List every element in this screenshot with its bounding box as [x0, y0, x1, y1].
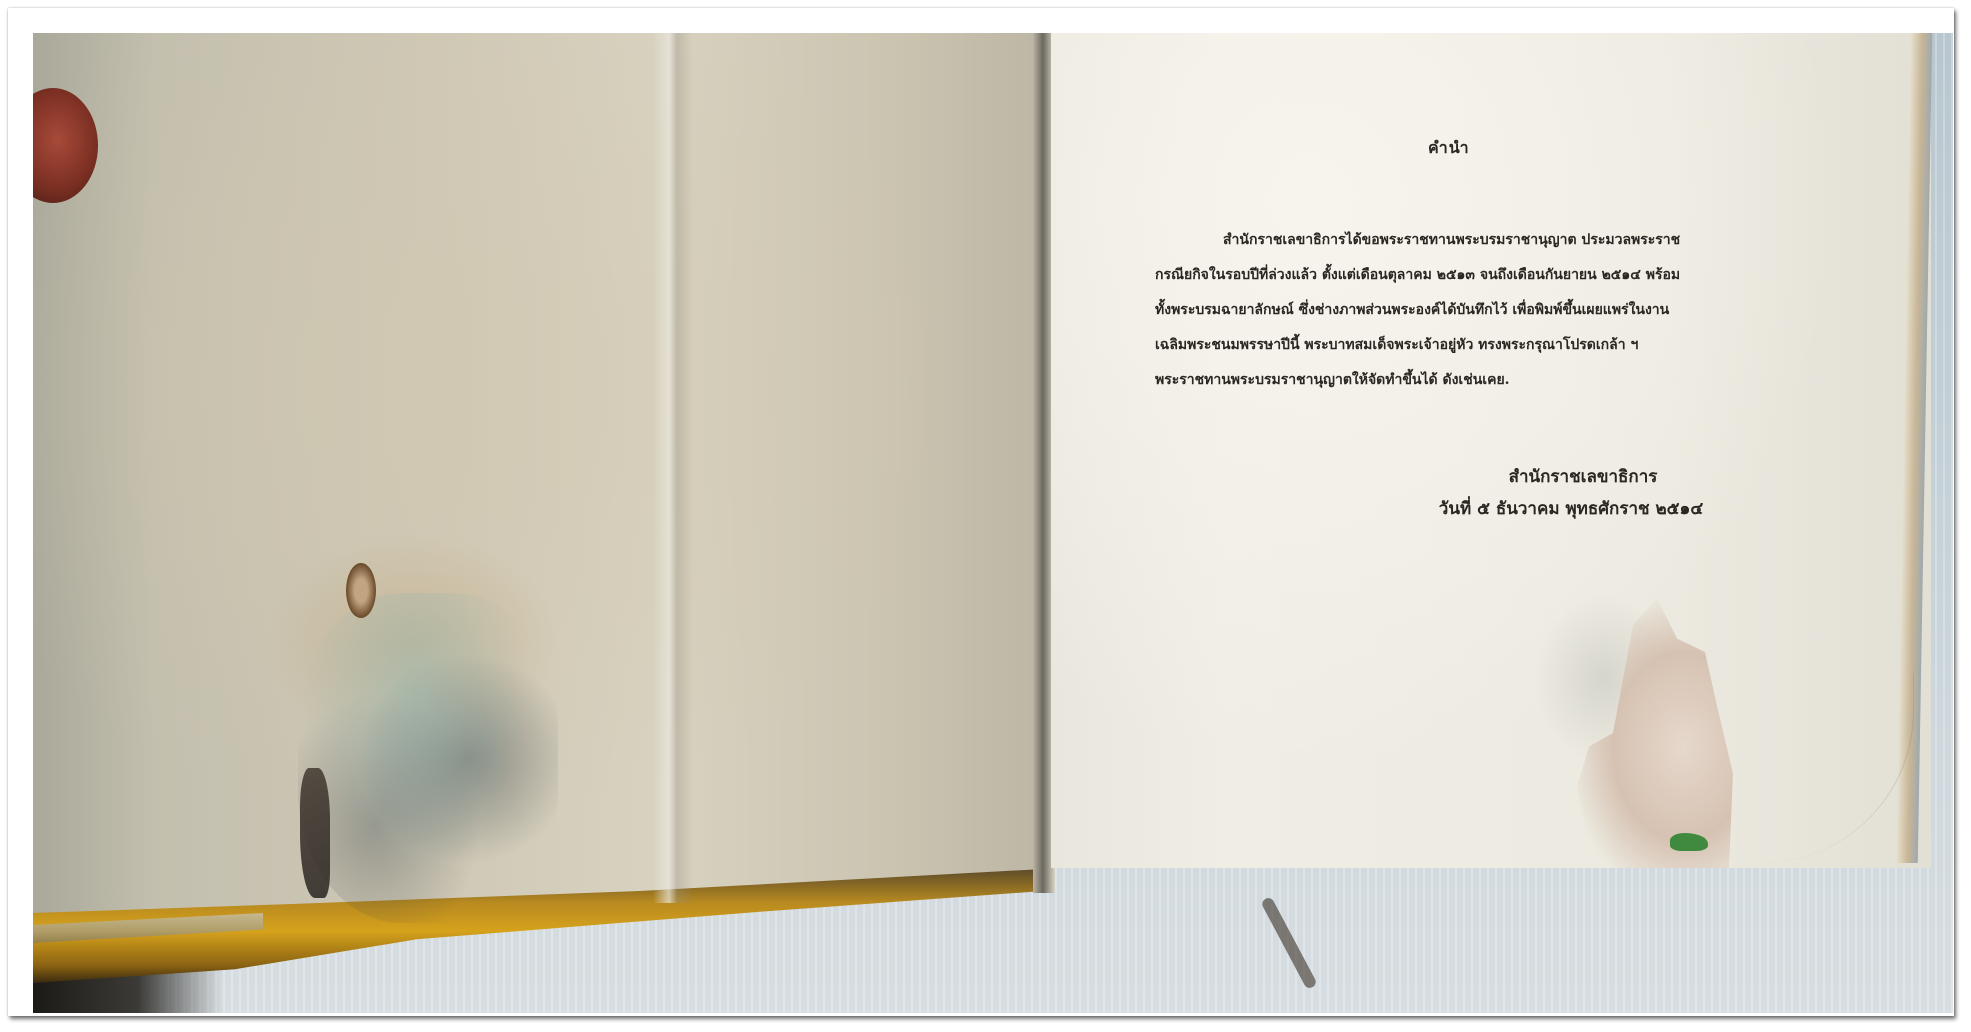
paragraph-line: พระราชทานพระบรมราชานุญาตให้จัดทำขึ้นได้ … [1155, 363, 1815, 398]
paragraph-line: ทั้งพระบรมฉายาลักษณ์ ซึ่งช่างภาพส่วนพระอ… [1155, 293, 1815, 328]
preface-paragraph: สำนักราชเลขาธิการได้ขอพระราชทานพระบรมราช… [1155, 223, 1815, 398]
signature-block: สำนักราชเลขาธิการ วันที่ ๕ ธันวาคม พุทธศ… [1401, 461, 1741, 525]
photograph: คำนำ สำนักราชเลขาธิการได้ขอพระราชทานพระบ… [33, 33, 1953, 1013]
paragraph-line: สำนักราชเลขาธิการได้ขอพระราชทานพระบรมราช… [1155, 223, 1815, 258]
paragraph-line: เฉลิมพระชนมพรรษาปีนี้ พระบาทสมเด็จพระเจ้… [1155, 328, 1815, 363]
preface-title: คำนำ [1428, 136, 1470, 161]
paragraph-line: กรณียกิจในรอบปีที่ล่วงแล้ว ตั้งแต่เดือนต… [1155, 258, 1815, 293]
photo-frame: คำนำ สำนักราชเลขาธิการได้ขอพระราชทานพระบ… [8, 8, 1954, 1016]
signature-organization: สำนักราชเลขาธิการ [1401, 461, 1741, 493]
preface-text: คำนำ สำนักราชเลขาธิการได้ขอพระราชทานพระบ… [33, 33, 1953, 1013]
signature-date: วันที่ ๕ ธันวาคม พุทธศักราช ๒๕๑๔ [1401, 493, 1741, 525]
